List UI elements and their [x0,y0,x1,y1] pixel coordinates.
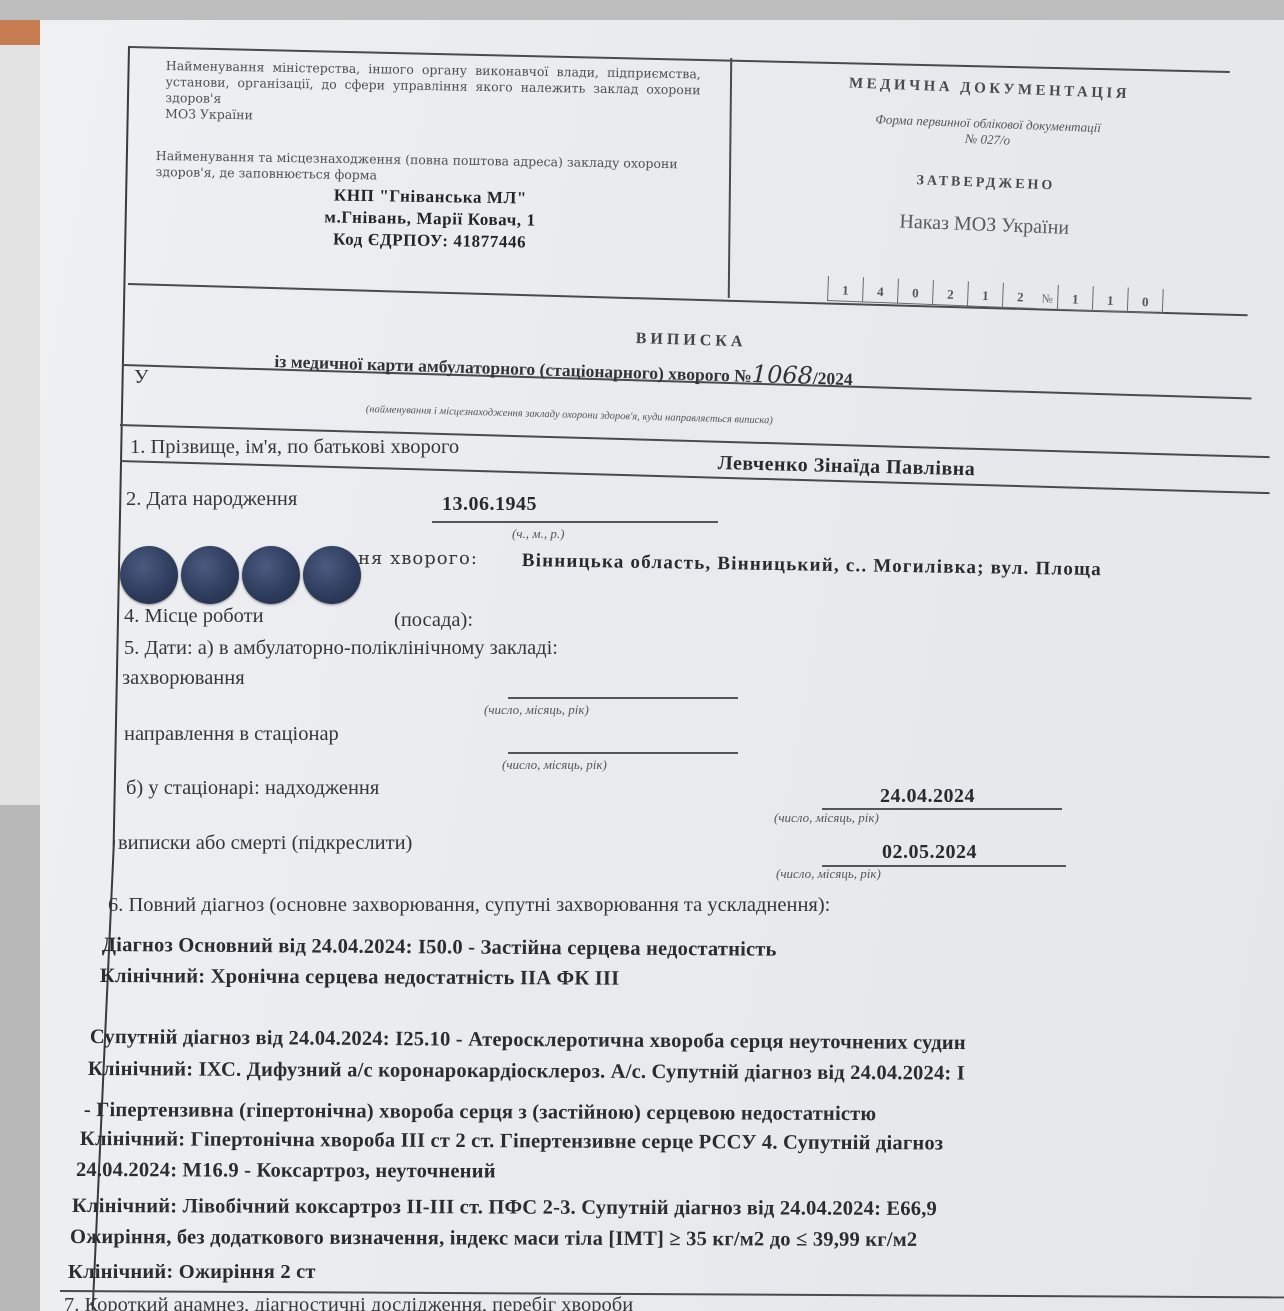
referral-underline [508,752,738,754]
redaction-dot [303,546,361,604]
discharge-label: виписки або смерті (підкреслити) [118,832,412,855]
anamnesis-label: 7. Короткий анамнез, діагностичні дослід… [64,1294,633,1311]
card-year: /2024 [812,368,852,389]
concomitant-diagnosis: Клінічний: ІХС. Дифузний а/с коронарокар… [88,1058,965,1086]
redaction-dot [181,546,239,604]
order-digit: 0 [897,279,933,305]
number-sign: № [1037,284,1058,313]
dates-label: 5. Дати: а) в амбулаторно-поліклінічному… [124,637,558,660]
diagnosis-label: 6. Повний діагноз (основне захворювання,… [108,894,830,917]
referral-caption: (число, місяць, рік) [502,757,607,773]
order-digit: 1 [1092,286,1128,312]
order-digit: 2 [1002,283,1038,309]
order-digit: 1 [1057,285,1093,311]
work-position: (посада): [394,609,473,632]
redaction-dot [242,546,300,604]
illness-label: захворювання [122,667,245,690]
dob-value: 13.06.1945 [442,493,537,516]
referral-label: направлення в стаціонар [124,723,339,746]
ministry-value: МОЗ України [165,106,253,122]
approved-label: ЗАТВЕРДЖЕНО [756,167,1216,201]
concomitant-diagnosis: - Гіпертензивна (гіпертонічна) хвороба с… [84,1099,877,1126]
order-digit: 1 [967,281,1003,307]
admission-date: 24.04.2024 [880,785,975,808]
illness-caption: (число, місяць, рік) [484,702,589,718]
illness-underline [508,697,738,699]
patient-name-label: 1. Прізвище, ім'я, по батькові хворого [130,436,459,459]
residence-label: ня хворого: [358,548,478,569]
dob-caption: (ч., м., р.) [512,526,564,542]
photo-top-border [0,0,1284,20]
main-diagnosis: Діагноз Основний від 24.04.2024: I50.0 -… [102,934,777,962]
dob-label: 2. Дата народження [126,488,297,511]
discharge-date: 02.05.2024 [882,841,977,864]
concomitant-diagnosis: Клінічний: Гіпертонічна хвороба III ст 2… [80,1128,943,1156]
main-diagnosis-clinical: Клінічний: Хронічна серцева недостатніст… [100,965,619,991]
order-digit: 4 [862,277,898,303]
ministry-caption: Найменування міністерства, іншого органу… [165,58,701,130]
form-caption: Форма первинної облікової документації №… [757,107,1218,157]
order-digit: 2 [932,280,968,306]
discharge-caption: (число, місяць, рік) [776,866,881,882]
concomitant-diagnosis: 24.04.2024: M16.9 - Коксартроз, неуточне… [76,1159,496,1183]
institution-block: КНП "Гніванська МЛ" м.Гнівань, Марії Ков… [270,183,591,254]
document-title: ВИПИСКА [635,330,746,351]
admission-caption: (число, місяць, рік) [774,810,879,826]
order-digit: 1 [827,276,863,302]
to-label: У [134,366,149,389]
form-header-right: МЕДИЧНА ДОКУМЕНТАЦІЯ Форма первинної обл… [754,72,1220,246]
redaction-dot [120,546,178,604]
work-label: 4. Місце роботи [124,605,264,628]
order-digit: 0 [1127,288,1164,314]
dob-underline [432,521,718,523]
card-number-handwritten: 1068 [751,360,813,390]
concomitant-diagnosis: Ожиріння, без додаткового визначення, ін… [70,1226,917,1252]
admission-label: б) у стаціонарі: надходження [126,777,379,800]
concomitant-diagnosis: Клінічний: Лівобічний коксартроз II-III … [72,1195,937,1221]
concomitant-diagnosis: Клінічний: Ожиріння 2 ст [68,1261,316,1284]
